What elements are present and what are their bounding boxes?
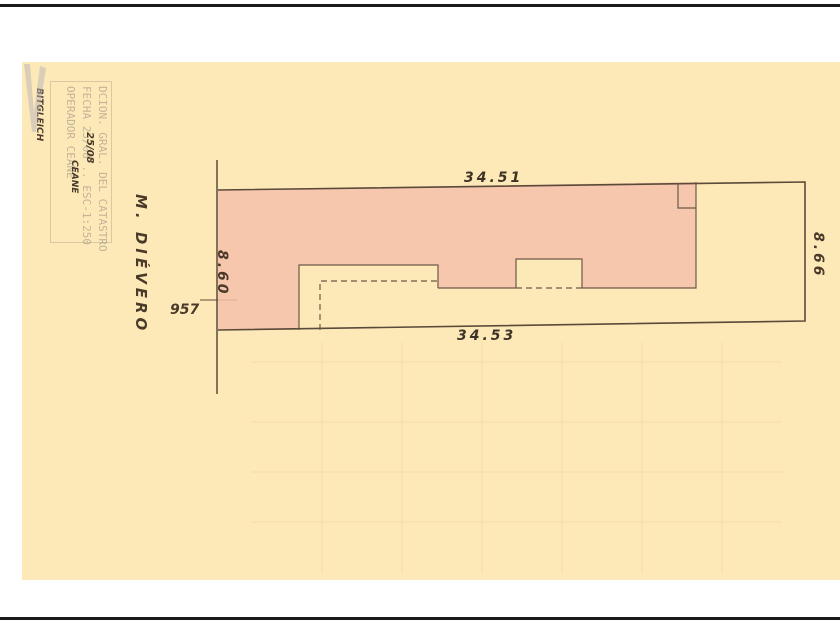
background-grid [252,342,782,572]
dimension-front: 8.60 [214,250,230,297]
lot-number: 957 [170,302,199,318]
room-outline [516,259,582,288]
patio-dashed [320,281,438,330]
stamp-line-2: FECHA 25/08 .. ESC-1:250 [80,86,93,245]
dimension-back: 8.66 [810,232,826,279]
stamp-operator: CEANE [69,160,79,193]
street-name: M. DIÉVERO [132,194,150,334]
stamp-line-1: DCION. GRAL. DEL CATASTRO [96,86,109,252]
dimension-top: 34.51 [464,170,523,186]
stamp-date: 25/08 [84,132,95,163]
built-area [218,182,696,330]
cadastral-plan-sheet: DCION. GRAL. DEL CATASTRO FECHA 25/08 ..… [22,62,840,580]
bottom-border-rule [0,617,840,620]
top-border-rule [0,4,840,7]
cadastre-stamp: DCION. GRAL. DEL CATASTRO FECHA 25/08 ..… [50,81,112,243]
check-mark-icon [22,62,48,134]
dimension-bottom: 34.53 [457,328,516,344]
